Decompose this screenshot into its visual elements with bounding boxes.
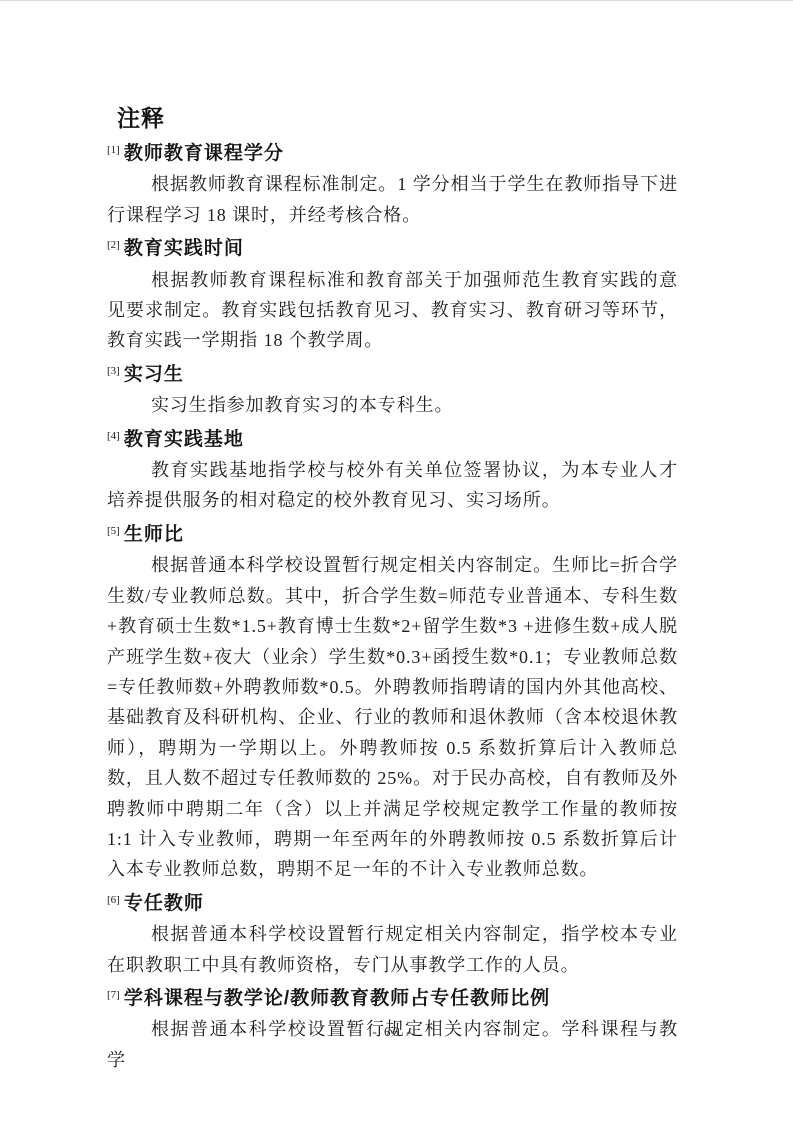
page-title: 注释	[117, 101, 678, 135]
note-item-4: [4]教育实践基地 教育实践基地指学校与校外有关单位签署协议，为本专业人才培养提…	[107, 421, 678, 516]
note-heading-5: [5]生师比	[107, 516, 678, 550]
note-heading-6: [6]专任教师	[107, 885, 678, 919]
note-item-6: [6]专任教师 根据普通本科学校设置暂行规定相关内容制定，指学校本专业在职教职工…	[107, 885, 678, 980]
note-item-3: [3]实习生 实习生指参加教育实习的本专科生。	[107, 356, 678, 421]
note-ref-2: [2]	[107, 239, 120, 251]
note-term-5: 生师比	[124, 524, 184, 545]
note-term-7: 学科课程与教学论/教师教育教师占专任教师比例	[124, 988, 550, 1009]
note-term-4: 教育实践基地	[124, 429, 244, 450]
note-ref-7: [7]	[107, 989, 120, 1001]
page-content: 注释 [1]教师教育课程学分 根据教师教育课程标准制定。1 学分相当于学生在教师…	[107, 101, 678, 1075]
note-heading-1: [1]教师教育课程学分	[107, 135, 678, 169]
note-ref-5: [5]	[107, 525, 120, 537]
note-ref-4: [4]	[107, 430, 120, 442]
note-definition-3: 实习生指参加教育实习的本专科生。	[107, 390, 678, 420]
note-item-1: [1]教师教育课程学分 根据教师教育课程标准制定。1 学分相当于学生在教师指导下…	[107, 135, 678, 230]
note-ref-6: [6]	[107, 894, 120, 906]
note-term-3: 实习生	[124, 364, 184, 385]
note-item-2: [2]教育实践时间 根据教师教育课程标准和教育部关于加强师范生教育实践的意见要求…	[107, 230, 678, 356]
note-definition-5: 根据普通本科学校设置暂行规定相关内容制定。生师比=折合学生数/专业教师总数。其中…	[107, 550, 678, 884]
note-definition-1: 根据教师教育课程标准制定。1 学分相当于学生在教师指导下进行课程学习 18 课时…	[107, 169, 678, 230]
note-term-6: 专任教师	[124, 893, 204, 914]
note-term-1: 教师教育课程学分	[124, 143, 284, 164]
note-heading-4: [4]教育实践基地	[107, 421, 678, 455]
scan-edge-line	[0, 0, 793, 1]
note-ref-3: [3]	[107, 365, 120, 377]
note-heading-2: [2]教育实践时间	[107, 230, 678, 264]
note-definition-2: 根据教师教育课程标准和教育部关于加强师范生教育实践的意见要求制定。教育实践包括教…	[107, 265, 678, 356]
note-ref-1: [1]	[107, 144, 120, 156]
note-heading-7: [7]学科课程与教学论/教师教育教师占专任教师比例	[107, 980, 678, 1014]
note-item-5: [5]生师比 根据普通本科学校设置暂行规定相关内容制定。生师比=折合学生数/专业…	[107, 516, 678, 885]
note-definition-4: 教育实践基地指学校与校外有关单位签署协议，为本专业人才培养提供服务的相对稳定的校…	[107, 455, 678, 516]
note-term-2: 教育实践时间	[124, 238, 244, 259]
document-page: 注释 [1]教师教育课程学分 根据教师教育课程标准制定。1 学分相当于学生在教师…	[0, 0, 793, 1122]
page-number: - 66 -	[107, 1024, 678, 1040]
note-definition-6: 根据普通本科学校设置暂行规定相关内容制定，指学校本专业在职教职工中具有教师资格，…	[107, 919, 678, 980]
note-heading-3: [3]实习生	[107, 356, 678, 390]
